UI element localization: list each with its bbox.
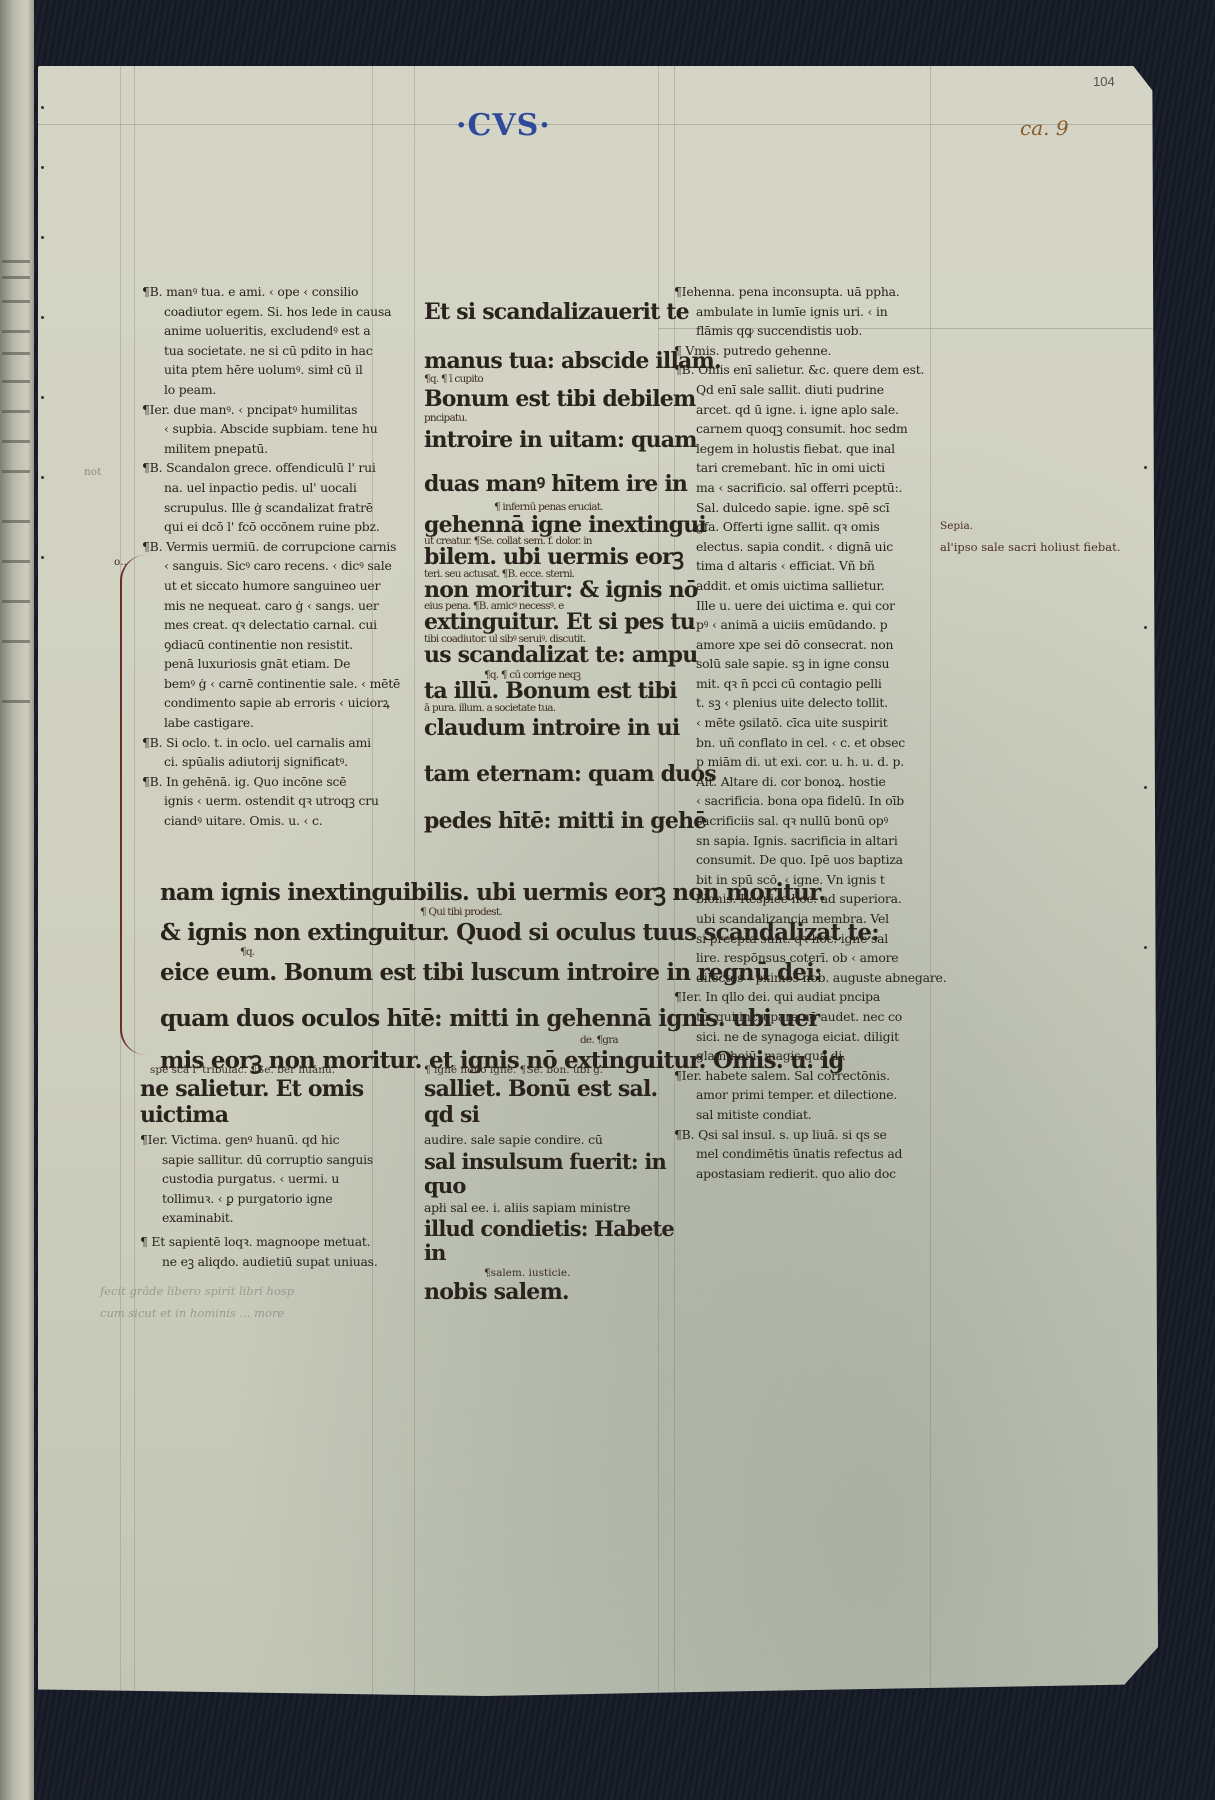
gloss-line: sacrificiis sal. qꝛ nullū bonū opꝰ — [674, 811, 944, 831]
text-line: duas manꝰ hītem ire in — [424, 464, 664, 505]
gloss-line: addit. et omis uictima sallietur. — [674, 576, 944, 596]
gloss-line: carnem quoqꝫ consumit. hoc sedm — [674, 419, 944, 439]
text-line: introire in uitam: quam — [424, 420, 664, 461]
gloss-line: ne eꝫ aliqdo. audietiū supat uniuas. — [140, 1252, 440, 1272]
gloss-line: ci. spūalis adiutorij significatꝰ. — [142, 752, 392, 772]
left-margin-note: not — [84, 466, 101, 478]
gloss-line: ma ‹ sacrificio. sal offerri pceptū:. — [674, 478, 944, 498]
gloss-line: labe castigare. — [142, 713, 392, 733]
gloss-line: electus. sapia condit. ‹ dignā uic — [674, 537, 944, 557]
gloss-line: tū. qui increpare nō audet. nec co — [674, 1007, 944, 1027]
interlinear-gloss: spē scā l' tribulac. ¶Se. bēr huānū. — [140, 1064, 440, 1076]
gloss-line: Sal. dulcedo sapie. igne. spē scī — [674, 498, 944, 518]
gloss-line: mit. qꝛ n̄ pcci cū contagio pelli — [674, 674, 944, 694]
gloss-lower-mid: audire. sale sapie condire. cū — [424, 1130, 674, 1150]
gloss-line: ‹ mēte ꝯsilatō. cīca uite suspirit — [674, 713, 944, 733]
gloss-line: ciandꝰ uitare. Omis. u. ‹ c. — [142, 811, 392, 831]
folio-number: 104 — [1093, 74, 1115, 89]
gloss-line: ¶Ier. In qllo dei. qui audiat pncipa — [674, 987, 944, 1007]
gloss-line: ¶Iehenna. pena inconsupta. uā ppha. — [674, 282, 944, 302]
gloss-line: ¶ Vmis. putredo gehenne. — [674, 341, 944, 361]
gloss-line: custodia purgatus. ‹ uermi. u — [140, 1169, 440, 1189]
gloss-line: lo peam. — [142, 380, 392, 400]
gloss-line: ¶Ier. Victima. genꝰ huanū. qd hic — [140, 1130, 440, 1150]
gloss-line: ¶B. Scandalon grece. offendiculū l' rui — [142, 458, 392, 478]
interlinear-gloss: ¶salem. iusticie. — [424, 1267, 674, 1279]
pricking-mark — [41, 236, 44, 239]
gloss-line: ‹ sacrificia. bona opa fidelū. In oīb — [674, 791, 944, 811]
gloss-line: sn sapia. Ignis. sacrificia in altari — [674, 831, 944, 851]
gloss-line: consumit. De quo. Ipē uos baptiza — [674, 850, 944, 870]
gloss-line: tollimuꝛ. ‹ ꝑ purgatorio igne — [140, 1189, 440, 1209]
pricking-mark — [41, 476, 44, 479]
text-line: nobis salem. — [424, 1279, 674, 1305]
faint-marginalia: cum sicut et in hominis ... more — [100, 1306, 284, 1320]
gloss-line: lire. respōnsus coterī. ob ‹ amore — [674, 948, 944, 968]
gloss-line: coadiutor egem. Si. hos lede in causa — [142, 302, 392, 322]
gloss-line: ‹ sanguis. Sicꝰ caro recens. ‹ dicꝰ sale — [142, 556, 392, 576]
pricking-mark — [41, 106, 44, 109]
gloss-line: ꝯdiacū continentie non resistit. — [142, 635, 392, 655]
gloss-line: t. sꝫ ‹ plenius uite delecto tollit. — [674, 693, 944, 713]
gloss-line: scrupulus. Ille ġ scandalizat fratrē — [142, 498, 392, 518]
lower-left-block: spē scā l' tribulac. ¶Se. bēr huānū. ne … — [140, 1064, 440, 1271]
pricking-mark — [41, 556, 44, 559]
previous-leaf-edge — [0, 0, 34, 1800]
gloss-line: ¶B. Si oclo. t. in oclo. uel carnalis am… — [142, 733, 392, 753]
text-line: salliet. Bonū est sal. qd si — [424, 1076, 674, 1128]
gloss-line: bit in spū scō. ‹ igne. Vn ignis t — [674, 870, 944, 890]
text-line: illud condietis: Habete in — [424, 1217, 674, 1265]
gloss-line: qui ei dcō l' fcō occōnem ruine pbz. — [142, 517, 392, 537]
gloss-line: sapie sallitur. dū corruptio sanguis — [140, 1150, 440, 1170]
gloss-line: amor primi temper. et dilectione. — [674, 1085, 944, 1105]
gloss-line: blonis. Respice hoc. ad superiora. — [674, 889, 944, 909]
faint-marginalia: fecit grāde libero spirit libri hosp — [100, 1284, 294, 1298]
gloss-line: militem pnepatū. — [142, 439, 392, 459]
interlinear-gloss: ¶ ignē nono igne. ¶Se. bon. ubi g. — [424, 1064, 674, 1076]
gloss-line: tima d altaris ‹ efficiat. Vñ bñ — [674, 556, 944, 576]
gloss-line: solū sale sapie. sꝫ in igne consu — [674, 654, 944, 674]
gloss-line: examinabit. — [140, 1208, 440, 1228]
gloss-line: ¶ Et sapientē loqꝛ. magnoope metuat. — [140, 1232, 440, 1252]
gloss-line: sal mitiste condiat. — [674, 1105, 944, 1125]
text-line: ne salietur. Et omis uictima — [140, 1076, 440, 1128]
gloss-line: mes creat. qꝛ delectatio carnal. cui — [142, 615, 392, 635]
gloss-line: penā luxuriosis gnāt etiam. De — [142, 654, 392, 674]
text-line: Et si scandalizauerit te — [424, 292, 664, 333]
pricking-mark — [1144, 946, 1147, 949]
text-line: sal insulsum fuerit: in quo — [424, 1150, 674, 1198]
gloss-line: Qd enī sale sallit. diuti pudrine — [674, 380, 944, 400]
gloss-line: apostasiam redierit. quo alio doc — [674, 1164, 944, 1184]
gloss-line: ¶B. Vermis uermiū. de corrupcione carnis — [142, 537, 392, 557]
gloss-lower-left: ¶Ier. Victima. genꝰ huanū. qd hic sapie … — [140, 1130, 440, 1271]
gloss-line: ut et siccato humore sanguineo uer — [142, 576, 392, 596]
pricking-mark — [41, 316, 44, 319]
gloss-line: amore xpe sei dō consecrat. non — [674, 635, 944, 655]
lower-mid-block: ¶ ignē nono igne. ¶Se. bon. ubi g. salli… — [424, 1064, 674, 1305]
main-text-column: Et si scandalizauerit te manus tua: absc… — [424, 292, 664, 841]
gloss-line: gfa. Offerti igne sallit. qꝛ omis — [674, 517, 944, 537]
gloss-line: ignis ‹ uerm. ostendit qꝛ utroqꝫ cru — [142, 791, 392, 811]
gloss-line: p miām di. ut exi. cor. u. h. u. d. p. — [674, 752, 944, 772]
gloss-line: ¶B. In gehēnā. ig. Quo incōne scē — [142, 772, 392, 792]
right-margin-note-body: al'ipso sale sacri holiust fiebat. — [940, 540, 1120, 554]
gloss-line: audire. sale sapie condire. cū — [424, 1130, 674, 1150]
gloss-line: ambulate in lumīe ignis uri. ‹ in — [674, 302, 944, 322]
gloss-line: ¶B. Qsi sal insul. s. up liuā. si qs se — [674, 1125, 944, 1145]
gloss-line: uita ptem hēre uolumꝰ. simł cū il — [142, 360, 392, 380]
gloss-line: sici. ne de synagoga eiciat. diligit — [674, 1027, 944, 1047]
main-text-full-width: nam ignis inextinguibilis. ubi uermis eo… — [160, 872, 680, 1082]
gloss-line: apłi sal ee. i. aliis sapiam ministre — [424, 1198, 674, 1218]
gloss-column-left: ¶B. manꝰ tua. e ami. ‹ ope ‹ consilio co… — [142, 282, 392, 831]
gloss-line: Alt. Altare di. cor bonoꝝ. hostie — [674, 772, 944, 792]
running-title: ·CVS· — [456, 108, 551, 143]
gloss-line: ‹ supbia. Abscide supbiam. tene hu — [142, 419, 392, 439]
pricking-mark — [41, 396, 44, 399]
pricking-mark — [41, 166, 44, 169]
text-line: claudum introire in ui — [424, 708, 664, 749]
gloss-line: pꝰ ‹ animā a uiciis emūdando. p — [674, 615, 944, 635]
gloss-line: bn. uñ conflato in cel. ‹ c. et obsec — [674, 733, 944, 753]
gloss-column-right: ¶Iehenna. pena inconsupta. uā ppha. ambu… — [674, 282, 944, 1183]
gloss-line: dilectos ‹ pximos nob. auguste abnegare. — [674, 968, 944, 988]
gloss-line: na. uel inpactio pedis. ul' uocali — [142, 478, 392, 498]
gloss-line: mel condimētis ūnatis refectus ad — [674, 1144, 944, 1164]
gloss-line: tua societate. ne si cū pdito in hac — [142, 341, 392, 361]
text-line: eice eum. Bonum est tibi luscum introire… — [160, 952, 680, 994]
gloss-line: condimento sapie ab erroris ‹ uiciorꝝ — [142, 693, 392, 713]
gloss-line: mis ne nequeat. caro ġ ‹ sangs. uer — [142, 596, 392, 616]
gloss-line: ubi scandalizancia membra. Vel — [674, 909, 944, 929]
gloss-line: arcet. qd ū igne. i. igne aplo sale. — [674, 400, 944, 420]
gloss-line: flāmis qꝙ succendistis uob. — [674, 321, 944, 341]
gloss-line: ¶B. manꝰ tua. e ami. ‹ ope ‹ consilio — [142, 282, 392, 302]
gloss-line: ¶Ier. habete salem. Sal correctōnis. — [674, 1066, 944, 1086]
gloss-line: ¶B. Omis enī salietur. &c. quere dem est… — [674, 360, 944, 380]
gloss-line: ¶Ier. due manꝰ. ‹ pncipatꝰ humilitas — [142, 400, 392, 420]
gloss-lower-mid-2: apłi sal ee. i. aliis sapiam ministre — [424, 1198, 674, 1218]
pricking-mark — [1144, 626, 1147, 629]
right-margin-note-head: Sepia. — [940, 520, 973, 532]
pricking-mark — [1144, 786, 1147, 789]
gloss-line: legem in holustis fiebat. que inal — [674, 439, 944, 459]
text-line: pedes hītē: mitti in gehē — [424, 801, 664, 842]
gloss-line: Ille u. uere dei uictima e. qui cor — [674, 596, 944, 616]
gloss-line: si precpta sunt. qꝛ hoc. igne sal — [674, 929, 944, 949]
gloss-line: bemꝰ ġ ‹ carnē continentie sale. ‹ mētē — [142, 674, 392, 694]
chapter-marker: ca. 9 — [1020, 116, 1069, 140]
ruling-line — [38, 124, 1158, 125]
gloss-line: glam hoiū. magis qua di. — [674, 1046, 944, 1066]
pricking-mark — [1144, 466, 1147, 469]
text-line: & ignis non extinguitur. Quod si oculus … — [160, 912, 680, 954]
gloss-line: anime uolueritis, excludendꝰ est a — [142, 321, 392, 341]
text-line: tam eternam: quam duos — [424, 754, 664, 795]
gloss-line: tari cremebant. hīc in omi uicti — [674, 458, 944, 478]
